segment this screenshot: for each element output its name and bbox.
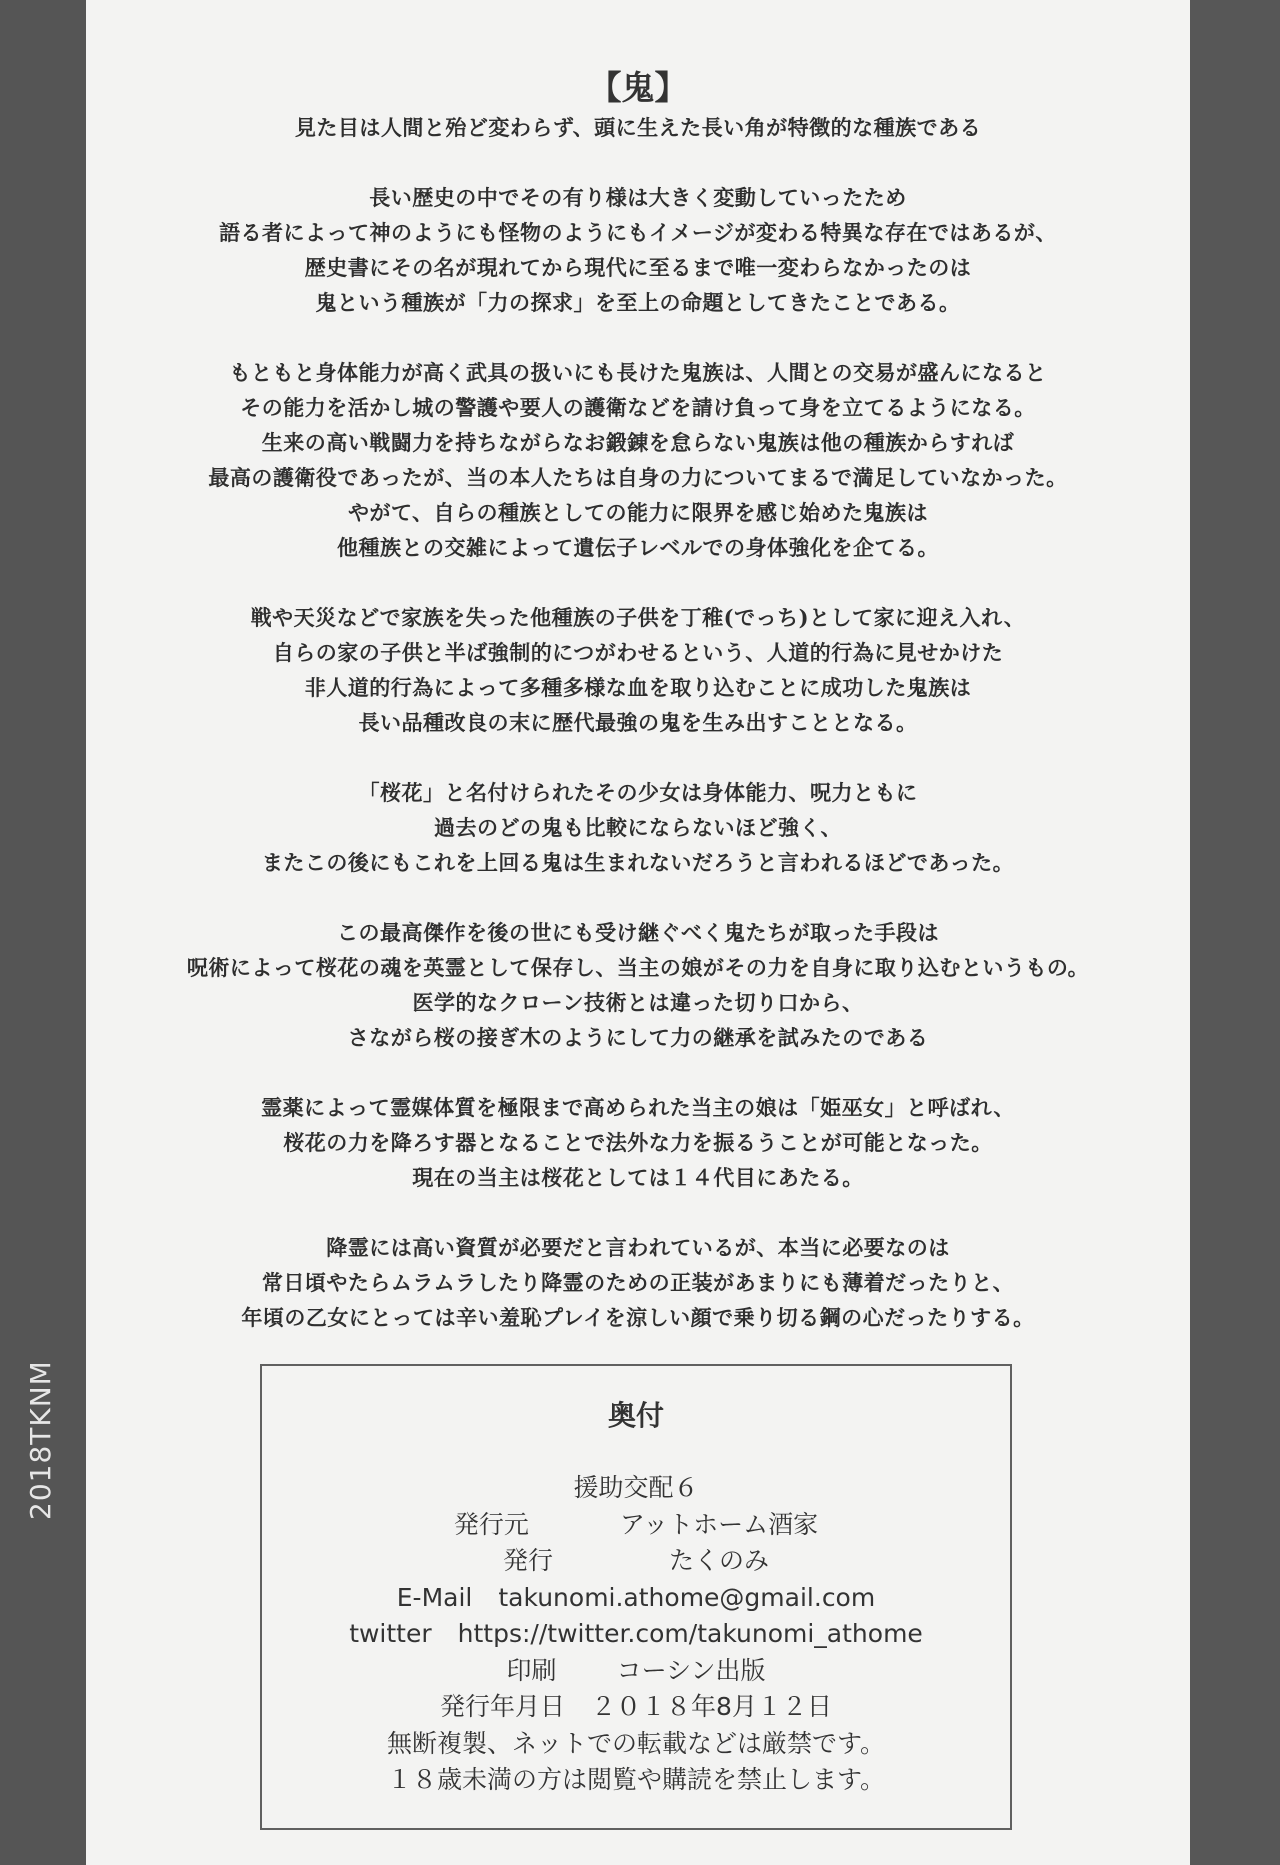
text-line: 医学的なクローン技術とは違った切り口から、 [86, 985, 1190, 1020]
twitter-value: https://twitter.com/takunomi_athome [458, 1616, 923, 1653]
issuer-label: 発行 [503, 1543, 599, 1580]
date-label: 発行年月日 [440, 1689, 565, 1726]
date-value: ２０１８年8月１２日 [591, 1689, 832, 1726]
paragraph: 「桜花」と名付けられたその少女は身体能力、呪力ともに 過去のどの鬼も比較にならな… [86, 775, 1190, 880]
paragraph: この最高傑作を後の世にも受け継ぐべく鬼たちが取った手段は 呪術によって桜花の魂を… [86, 915, 1190, 1055]
paragraph: 戦や天災などで家族を失った他種族の子供を丁稚(でっち)として家に迎え入れ、 自ら… [86, 600, 1190, 740]
text-line: 生来の高い戦闘力を持ちながらなお鍛錬を怠らない鬼族は他の種族からすれば [86, 425, 1190, 460]
text-line: やがて、自らの種族としての能力に限界を感じ始めた鬼族は [86, 495, 1190, 530]
paragraph: 見た目は人間と殆ど変わらず、頭に生えた長い角が特徴的な種族である [86, 110, 1190, 145]
text-line: 最高の護衛役であったが、当の本人たちは自身の力についてまるで満足していなかった。 [86, 460, 1190, 495]
left-margin-band: 2018TKNM [0, 0, 86, 1865]
notice-reproduction: 無断複製、ネットでの転載などは厳禁です。 [262, 1726, 1010, 1763]
document-page: 【鬼】 見た目は人間と殆ど変わらず、頭に生えた長い角が特徴的な種族である 長い歴… [86, 0, 1190, 1865]
book-title: 援助交配６ [262, 1470, 1010, 1507]
text-line: 「桜花」と名付けられたその少女は身体能力、呪力ともに [86, 775, 1190, 810]
text-line: 鬼という種族が「力の探求」を至上の命題としてきたことである。 [86, 285, 1190, 320]
publisher-value: アットホーム酒家 [620, 1507, 818, 1544]
colophon-box: 奥付 援助交配６ 発行元アットホーム酒家 発行たくのみ E-Mailtakuno… [260, 1364, 1012, 1830]
text-line: またこの後にもこれを上回る鬼は生まれないだろうと言われるほどであった。 [86, 845, 1190, 880]
paragraph: 霊薬によって霊媒体質を極限まで高められた当主の娘は「姫巫女」と呼ばれ、 桜花の力… [86, 1090, 1190, 1195]
email-value: takunomi.athome@gmail.com [498, 1580, 875, 1617]
twitter-label: twitter [349, 1616, 431, 1653]
text-line: その能力を活かし城の警護や要人の護衛などを請け負って身を立てるようになる。 [86, 390, 1190, 425]
printer-value: コーシン出版 [617, 1653, 766, 1690]
paragraph: 長い歴史の中でその有り様は大きく変動していったため 語る者によって神のようにも怪… [86, 180, 1190, 320]
text-line: 長い歴史の中でその有り様は大きく変動していったため [86, 180, 1190, 215]
text-line: 見た目は人間と殆ど変わらず、頭に生えた長い角が特徴的な種族である [86, 110, 1190, 145]
text-line: 非人道的行為によって多種多様な血を取り込むことに成功した鬼族は [86, 670, 1190, 705]
text-line: 自らの家の子供と半ば強制的につがわせるという、人道的行為に見せかけた [86, 635, 1190, 670]
colophon-rows: 援助交配６ 発行元アットホーム酒家 発行たくのみ E-Mailtakunomi.… [262, 1470, 1010, 1799]
text-line: 常日頃やたらムラムラしたり降霊のための正装があまりにも薄着だったりと、 [86, 1265, 1190, 1300]
text-line: 呪術によって桜花の魂を英霊として保存し、当主の娘がその力を自身に取り込むというも… [86, 950, 1190, 985]
right-margin-band [1190, 0, 1280, 1865]
notice-age-restriction: １８歳未満の方は閲覧や購読を禁止します。 [262, 1762, 1010, 1799]
email-row: E-Mailtakunomi.athome@gmail.com [262, 1580, 1010, 1617]
article-title: 【鬼】 [86, 62, 1190, 109]
text-line: 語る者によって神のようにも怪物のようにもイメージが変わる特異な存在ではあるが、 [86, 215, 1190, 250]
text-line: 降霊には高い資質が必要だと言われているが、本当に必要なのは [86, 1230, 1190, 1265]
printer-label: 印刷 [507, 1653, 557, 1690]
text-line: もともと身体能力が高く武具の扱いにも長けた鬼族は、人間との交易が盛んになると [86, 355, 1190, 390]
email-label: E-Mail [397, 1580, 473, 1617]
colophon-title: 奥付 [262, 1394, 1010, 1434]
paragraph: 降霊には高い資質が必要だと言われているが、本当に必要なのは 常日頃やたらムラムラ… [86, 1230, 1190, 1335]
printer-row: 印刷コーシン出版 [262, 1653, 1010, 1690]
twitter-row: twitterhttps://twitter.com/takunomi_atho… [262, 1616, 1010, 1653]
publisher-row: 発行元アットホーム酒家 [262, 1507, 1010, 1544]
issuer-row: 発行たくのみ [262, 1543, 1010, 1580]
text-line: 霊薬によって霊媒体質を極限まで高められた当主の娘は「姫巫女」と呼ばれ、 [86, 1090, 1190, 1125]
text-line: 過去のどの鬼も比較にならないほど強く、 [86, 810, 1190, 845]
text-line: 桜花の力を降ろす器となることで法外な力を振るうことが可能となった。 [86, 1125, 1190, 1160]
text-line: この最高傑作を後の世にも受け継ぐべく鬼たちが取った手段は [86, 915, 1190, 950]
text-line: 他種族との交雑によって遺伝子レベルでの身体強化を企てる。 [86, 530, 1190, 565]
text-line: 現在の当主は桜花としては１４代目にあたる。 [86, 1160, 1190, 1195]
publisher-label: 発行元 [454, 1507, 550, 1544]
text-line: 年頃の乙女にとっては辛い羞恥プレイを涼しい顔で乗り切る鋼の心だったりする。 [86, 1300, 1190, 1335]
paragraph: もともと身体能力が高く武具の扱いにも長けた鬼族は、人間との交易が盛んになると そ… [86, 355, 1190, 565]
text-line: さながら桜の接ぎ木のようにして力の継承を試みたのである [86, 1020, 1190, 1055]
date-row: 発行年月日２０１８年8月１２日 [262, 1689, 1010, 1726]
article-body: 見た目は人間と殆ど変わらず、頭に生えた長い角が特徴的な種族である 長い歴史の中で… [86, 110, 1190, 1370]
spine-label: 2018TKNM [24, 1360, 57, 1520]
text-line: 長い品種改良の末に歴代最強の鬼を生み出すこととなる。 [86, 705, 1190, 740]
issuer-value: たくのみ [669, 1543, 769, 1580]
text-line: 歴史書にその名が現れてから現代に至るまで唯一変わらなかったのは [86, 250, 1190, 285]
text-line: 戦や天災などで家族を失った他種族の子供を丁稚(でっち)として家に迎え入れ、 [86, 600, 1190, 635]
